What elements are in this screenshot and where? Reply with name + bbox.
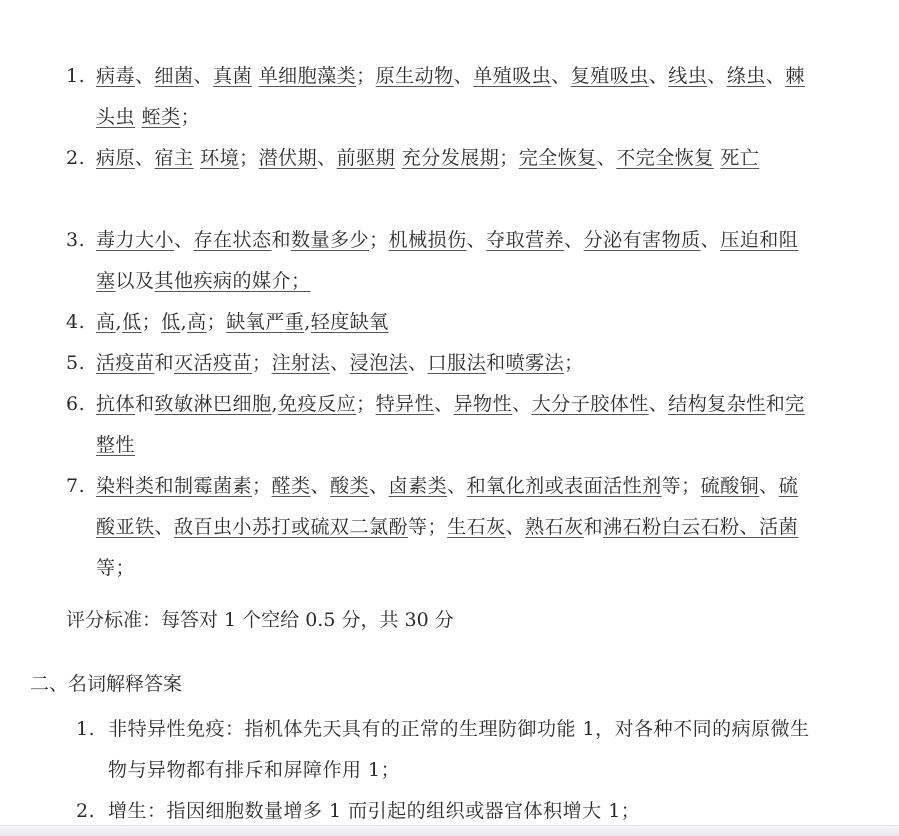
answer-blank: 结构复杂性 <box>668 393 766 415</box>
answer-blank: 数量多少 <box>291 229 369 251</box>
answer-blank: 醛类 <box>272 475 311 497</box>
answer-body: 抗体和致敏淋巴细胞,免疫反应；特异性、异物性、大分子胶体性、结构复杂性和完整性 <box>96 384 806 466</box>
separator-text: 等； <box>408 516 447 538</box>
separator-text: 、 <box>759 475 779 497</box>
answer-blank: 其他疾病的媒介； <box>155 270 311 292</box>
separator-text: 、 <box>506 516 526 538</box>
separator-text: 、 <box>551 65 571 87</box>
separator-text: 、 <box>512 393 532 415</box>
answer-blank: 口服法 <box>428 352 487 374</box>
answer-blank: 注射法 <box>272 352 331 374</box>
separator-text: 、 <box>408 352 428 374</box>
separator-text: 、 <box>649 393 669 415</box>
answer-blank: 单殖吸虫 <box>473 65 551 87</box>
answer-body: 病原、宿主 环境；潜伏期、前驱期 充分发展期；完全恢复、不完全恢复 死亡 <box>96 138 806 179</box>
item-number: 5. <box>66 343 96 384</box>
separator-text: 、 <box>434 393 454 415</box>
separator-text: ； <box>499 147 519 169</box>
answer-item-4: 4. 高,低；低,高；缺氧严重,轻度缺氧 <box>66 302 806 343</box>
scoring-note: 评分标准：每答对 1 个空给 0.5 分，共 30 分 <box>66 600 454 641</box>
separator-text: 、 <box>135 65 155 87</box>
answer-blank: 轻度缺氧 <box>311 311 389 333</box>
answer-blank: 病原 <box>96 147 135 169</box>
answer-blank: 免疫反应 <box>278 393 356 415</box>
answer-item-2: 2. 病原、宿主 环境；潜伏期、前驱期 充分发展期；完全恢复、不完全恢复 死亡 <box>66 138 806 179</box>
answer-blank: 低 <box>122 311 142 333</box>
definition-item-1: 1. 非特异性免疫：指机体先天具有的正常的生理防御功能 1，对各种不同的病原微生… <box>76 709 816 791</box>
document-page: 1. 病毒、细菌、真菌 单细胞藻类；原生动物、单殖吸虫、复殖吸虫、线虫、绦虫、棘… <box>0 0 899 836</box>
answer-blank: 沸石粉白云石粉、活菌 <box>603 516 798 538</box>
answer-body: 毒力大小、存在状态和数量多少；机械损伤、夺取营养、分泌有害物质、压迫和阻塞以及其… <box>96 220 806 302</box>
answer-blank: 敌百虫小苏打或硫双二氯酚 <box>174 516 408 538</box>
separator-text: 、 <box>701 229 721 251</box>
answer-item-6: 6. 抗体和致敏淋巴细胞,免疫反应；特异性、异物性、大分子胶体性、结构复杂性和完… <box>66 384 806 466</box>
separator-text: 、 <box>597 147 617 169</box>
answer-blank: 原生动物 <box>376 65 454 87</box>
item-number: 3. <box>66 220 96 261</box>
answer-blank: 抗体 <box>96 393 135 415</box>
separator-text: ； <box>252 352 272 374</box>
separator-text: 、 <box>467 229 487 251</box>
answer-blank: 绦虫 <box>727 65 766 87</box>
answer-blank: 卤素类 <box>389 475 448 497</box>
answer-item-3: 3. 毒力大小、存在状态和数量多少；机械损伤、夺取营养、分泌有害物质、压迫和阻塞… <box>66 220 806 302</box>
separator-text: ； <box>356 65 376 87</box>
answer-body: 病毒、细菌、真菌 单细胞藻类；原生动物、单殖吸虫、复殖吸虫、线虫、绦虫、棘头虫 … <box>96 56 806 138</box>
answer-blank: 硫酸铜 <box>701 475 760 497</box>
definition-text: 非特异性免疫：指机体先天具有的正常的生理防御功能 1，对各种不同的病原微生物与异… <box>108 709 816 791</box>
separator-text: ； <box>564 352 584 374</box>
answer-blank: 线虫 <box>668 65 707 87</box>
answer-blank: 生石灰 <box>447 516 506 538</box>
answer-blank: 死亡 <box>720 147 759 169</box>
separator-text: ； <box>142 311 162 333</box>
separator-text: 等； <box>96 557 135 579</box>
answer-blank: 蛭类 <box>142 106 181 128</box>
answer-blank: 病毒 <box>96 65 135 87</box>
separator-text: 、 <box>155 516 175 538</box>
item-number: 1. <box>66 56 96 97</box>
answer-blank: 低 <box>161 311 181 333</box>
answer-item-7: 7. 染料类和制霉菌素；醛类、酸类、卤素类、和氧化剂或表面活性剂等；硫酸铜、硫酸… <box>66 466 806 589</box>
answer-blank: 致敏淋巴细胞 <box>155 393 272 415</box>
separator-text: 和 <box>486 352 506 374</box>
answer-blank: 宿主 <box>155 147 194 169</box>
item-number: 7. <box>66 466 96 507</box>
separator-text: 和 <box>135 393 155 415</box>
section-two-title: 二、名词解释答案 <box>30 664 182 705</box>
separator-text: 、 <box>766 65 786 87</box>
separator-text: ； <box>356 393 376 415</box>
answer-item-1: 1. 病毒、细菌、真菌 单细胞藻类；原生动物、单殖吸虫、复殖吸虫、线虫、绦虫、棘… <box>66 56 806 138</box>
answer-blank: 分泌有害物质 <box>584 229 701 251</box>
answer-blank: 异物性 <box>454 393 513 415</box>
separator-text: 、 <box>564 229 584 251</box>
answer-blank: 充分发展期 <box>402 147 500 169</box>
answer-blank: 潜伏期 <box>259 147 318 169</box>
separator-text: 、 <box>330 352 350 374</box>
separator-text: 、 <box>649 65 669 87</box>
answer-blank: 酸类 <box>330 475 369 497</box>
answer-blank: 复殖吸虫 <box>571 65 649 87</box>
answer-blank: 机械损伤 <box>389 229 467 251</box>
separator-text: 、 <box>454 65 474 87</box>
separator-text: ； <box>181 106 201 128</box>
separator-text: 、 <box>174 229 194 251</box>
answer-blank: 特异性 <box>376 393 435 415</box>
item-number: 2. <box>66 138 96 179</box>
answer-blank: 真菌 <box>213 65 252 87</box>
separator-text: ； <box>252 475 272 497</box>
separator-text: ； <box>239 147 259 169</box>
answer-blank: 高 <box>187 311 207 333</box>
separator-text: 、 <box>369 475 389 497</box>
answer-body: 活疫苗和灭活疫苗；注射法、浸泡法、口服法和喷雾法； <box>96 343 806 384</box>
separator-text: 、 <box>447 475 467 497</box>
answer-blank: 大分子胶体性 <box>532 393 649 415</box>
answer-blank: 喷雾法 <box>506 352 565 374</box>
answer-blank: 完全恢复 <box>519 147 597 169</box>
answer-item-5: 5. 活疫苗和灭活疫苗；注射法、浸泡法、口服法和喷雾法； <box>66 343 806 384</box>
separator-text: 以及 <box>116 270 155 292</box>
separator-text: 、 <box>311 475 331 497</box>
separator-text: ； <box>207 311 227 333</box>
answer-blank: 高 <box>96 311 116 333</box>
answer-blank: 毒力大小 <box>96 229 174 251</box>
separator-text: 和 <box>766 393 786 415</box>
answer-blank: 前驱期 <box>337 147 396 169</box>
answer-body: 高,低；低,高；缺氧严重,轻度缺氧 <box>96 302 806 343</box>
answer-blank: 存在状态 <box>194 229 272 251</box>
item-number: 1. <box>76 709 106 750</box>
separator-text: 、 <box>194 65 214 87</box>
answer-blank: 单细胞藻类 <box>259 65 357 87</box>
answer-blank: 环境 <box>200 147 239 169</box>
answer-blank: 不完全恢复 <box>616 147 714 169</box>
answer-blank: 细菌 <box>155 65 194 87</box>
separator-text: 和 <box>272 229 292 251</box>
answer-body: 染料类和制霉菌素；醛类、酸类、卤素类、和氧化剂或表面活性剂等；硫酸铜、硫酸亚铁、… <box>96 466 806 589</box>
viewer-bottom-edge <box>0 825 899 836</box>
answer-blank: 缺氧严重 <box>226 311 304 333</box>
separator-text: 、 <box>707 65 727 87</box>
separator-text: 、 <box>317 147 337 169</box>
separator-text: ； <box>369 229 389 251</box>
separator-text: 等； <box>662 475 701 497</box>
answer-blank: 染料类和制霉菌素 <box>96 475 252 497</box>
answer-blank: 熟石灰 <box>525 516 584 538</box>
separator-text: 、 <box>135 147 155 169</box>
separator-text: 和 <box>155 352 175 374</box>
item-number: 4. <box>66 302 96 343</box>
answer-blank: 浸泡法 <box>350 352 409 374</box>
item-number: 6. <box>66 384 96 425</box>
answer-blank: 灭活疫苗 <box>174 352 252 374</box>
answer-blank: 夺取营养 <box>486 229 564 251</box>
separator-text: 和 <box>584 516 604 538</box>
answer-blank: 活疫苗 <box>96 352 155 374</box>
answer-blank: 和氧化剂或表面活性剂 <box>467 475 662 497</box>
